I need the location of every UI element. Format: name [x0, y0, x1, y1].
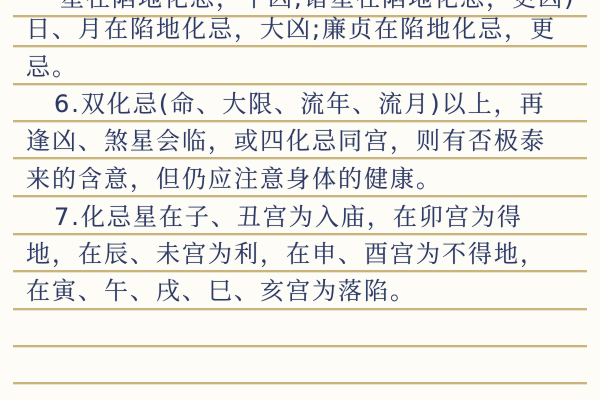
- text-line: 地，在辰、未宫为利，在申、酉宫为不得地，: [26, 239, 546, 269]
- ruled-line: [13, 270, 587, 272]
- text-line-clipped-top: 星在陷地化忌，平凶;诸星在陷地化忌，更凶): [60, 0, 575, 13]
- ruled-line: [13, 308, 587, 310]
- text-line: 来的含意，但仍应注意身体的健康。: [26, 164, 442, 194]
- ruled-line: [13, 233, 587, 235]
- text-line: 在寅、午、戌、巳、亥宫为落陷。: [26, 276, 416, 306]
- ruled-line: [13, 345, 587, 347]
- text-line: 日、月在陷地化忌，大凶;廉贞在陷地化忌，更: [26, 14, 556, 44]
- text-line-item-7: 7.化忌星在子、丑宫为入庙，在卯宫为得: [54, 202, 523, 232]
- ruled-line: [13, 45, 587, 47]
- ruled-line: [13, 83, 587, 85]
- text-line: 忌。: [26, 52, 78, 82]
- ruled-line: [13, 120, 587, 122]
- ruled-line: [13, 195, 587, 197]
- ruled-line: [13, 157, 587, 159]
- text-line-item-6: 6.双化忌(命、大限、流年、流月)以上，再: [54, 89, 546, 119]
- text-line: 逢凶、煞星会临，或四化忌同宫，则有否极泰: [26, 126, 546, 156]
- notebook-page: 星在陷地化忌，平凶;诸星在陷地化忌，更凶) 日、月在陷地化忌，大凶;廉贞在陷地化…: [0, 0, 600, 400]
- ruled-line: [13, 382, 587, 384]
